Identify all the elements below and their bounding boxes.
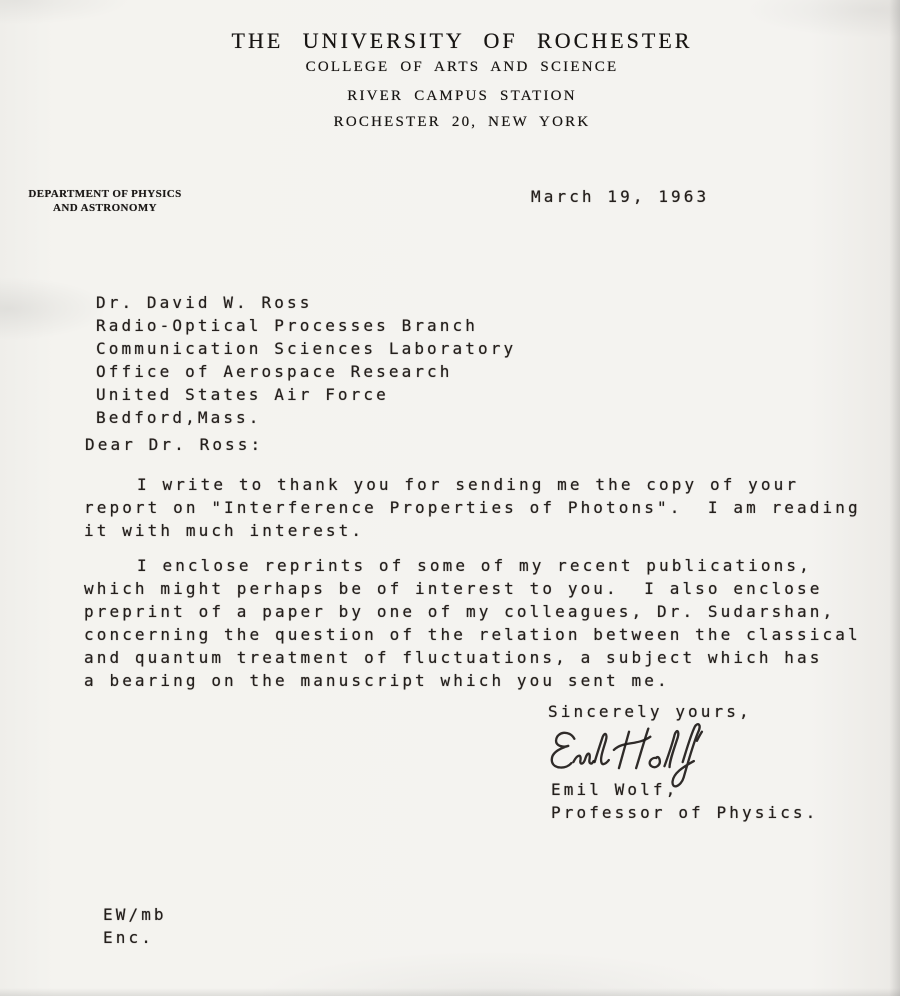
recipient-branch: Radio-Optical Processes Branch	[96, 314, 516, 337]
typist-initials: EW/mb	[103, 903, 167, 926]
salutation: Dear Dr. Ross:	[85, 433, 263, 456]
paragraph-1: I write to thank you for sending me the …	[84, 473, 861, 542]
letterhead-city: ROCHESTER 20, NEW YORK	[12, 115, 900, 130]
signature-block: Emil Wolf, Professor of Physics.	[551, 778, 818, 824]
recipient-organization: United States Air Force	[96, 383, 516, 406]
department-line-1: DEPARTMENT OF PHYSICS	[12, 187, 198, 201]
body-line: I enclose reprints of some of my recent …	[84, 554, 861, 577]
reference-block: EW/mb Enc.	[103, 903, 167, 949]
body-line: and quantum treatment of fluctuations, a…	[84, 646, 861, 669]
recipient-address: Dr. David W. Ross Radio-Optical Processe…	[96, 291, 516, 429]
recipient-city: Bedford,Mass.	[96, 406, 516, 429]
body-line: concerning the question of the relation …	[84, 623, 861, 646]
signed-name: Emil Wolf,	[551, 778, 818, 801]
body-line: preprint of a paper by one of my colleag…	[84, 600, 861, 623]
recipient-name: Dr. David W. Ross	[96, 291, 516, 314]
letterhead-university: THE UNIVERSITY OF ROCHESTER	[12, 30, 900, 52]
body-line: it with much interest.	[84, 519, 861, 542]
department-line-2: AND ASTRONOMY	[12, 201, 198, 215]
body-line: report on "Interference Properties of Ph…	[84, 496, 861, 519]
signed-title: Professor of Physics.	[551, 801, 818, 824]
date-line: March 19, 1963	[531, 185, 709, 208]
department-block: DEPARTMENT OF PHYSICS AND ASTRONOMY	[12, 187, 198, 215]
letterhead-college: COLLEGE OF ARTS AND SCIENCE	[12, 60, 900, 75]
letterhead-station: RIVER CAMPUS STATION	[12, 89, 900, 104]
body-line: I write to thank you for sending me the …	[84, 473, 861, 496]
recipient-office: Office of Aerospace Research	[96, 360, 516, 383]
body-line: a bearing on the manuscript which you se…	[84, 669, 861, 692]
paragraph-2: I enclose reprints of some of my recent …	[84, 554, 861, 692]
recipient-laboratory: Communication Sciences Laboratory	[96, 337, 516, 360]
letter-page: THE UNIVERSITY OF ROCHESTER COLLEGE OF A…	[0, 0, 900, 996]
enclosure-notation: Enc.	[103, 926, 167, 949]
body-line: which might perhaps be of interest to yo…	[84, 577, 861, 600]
